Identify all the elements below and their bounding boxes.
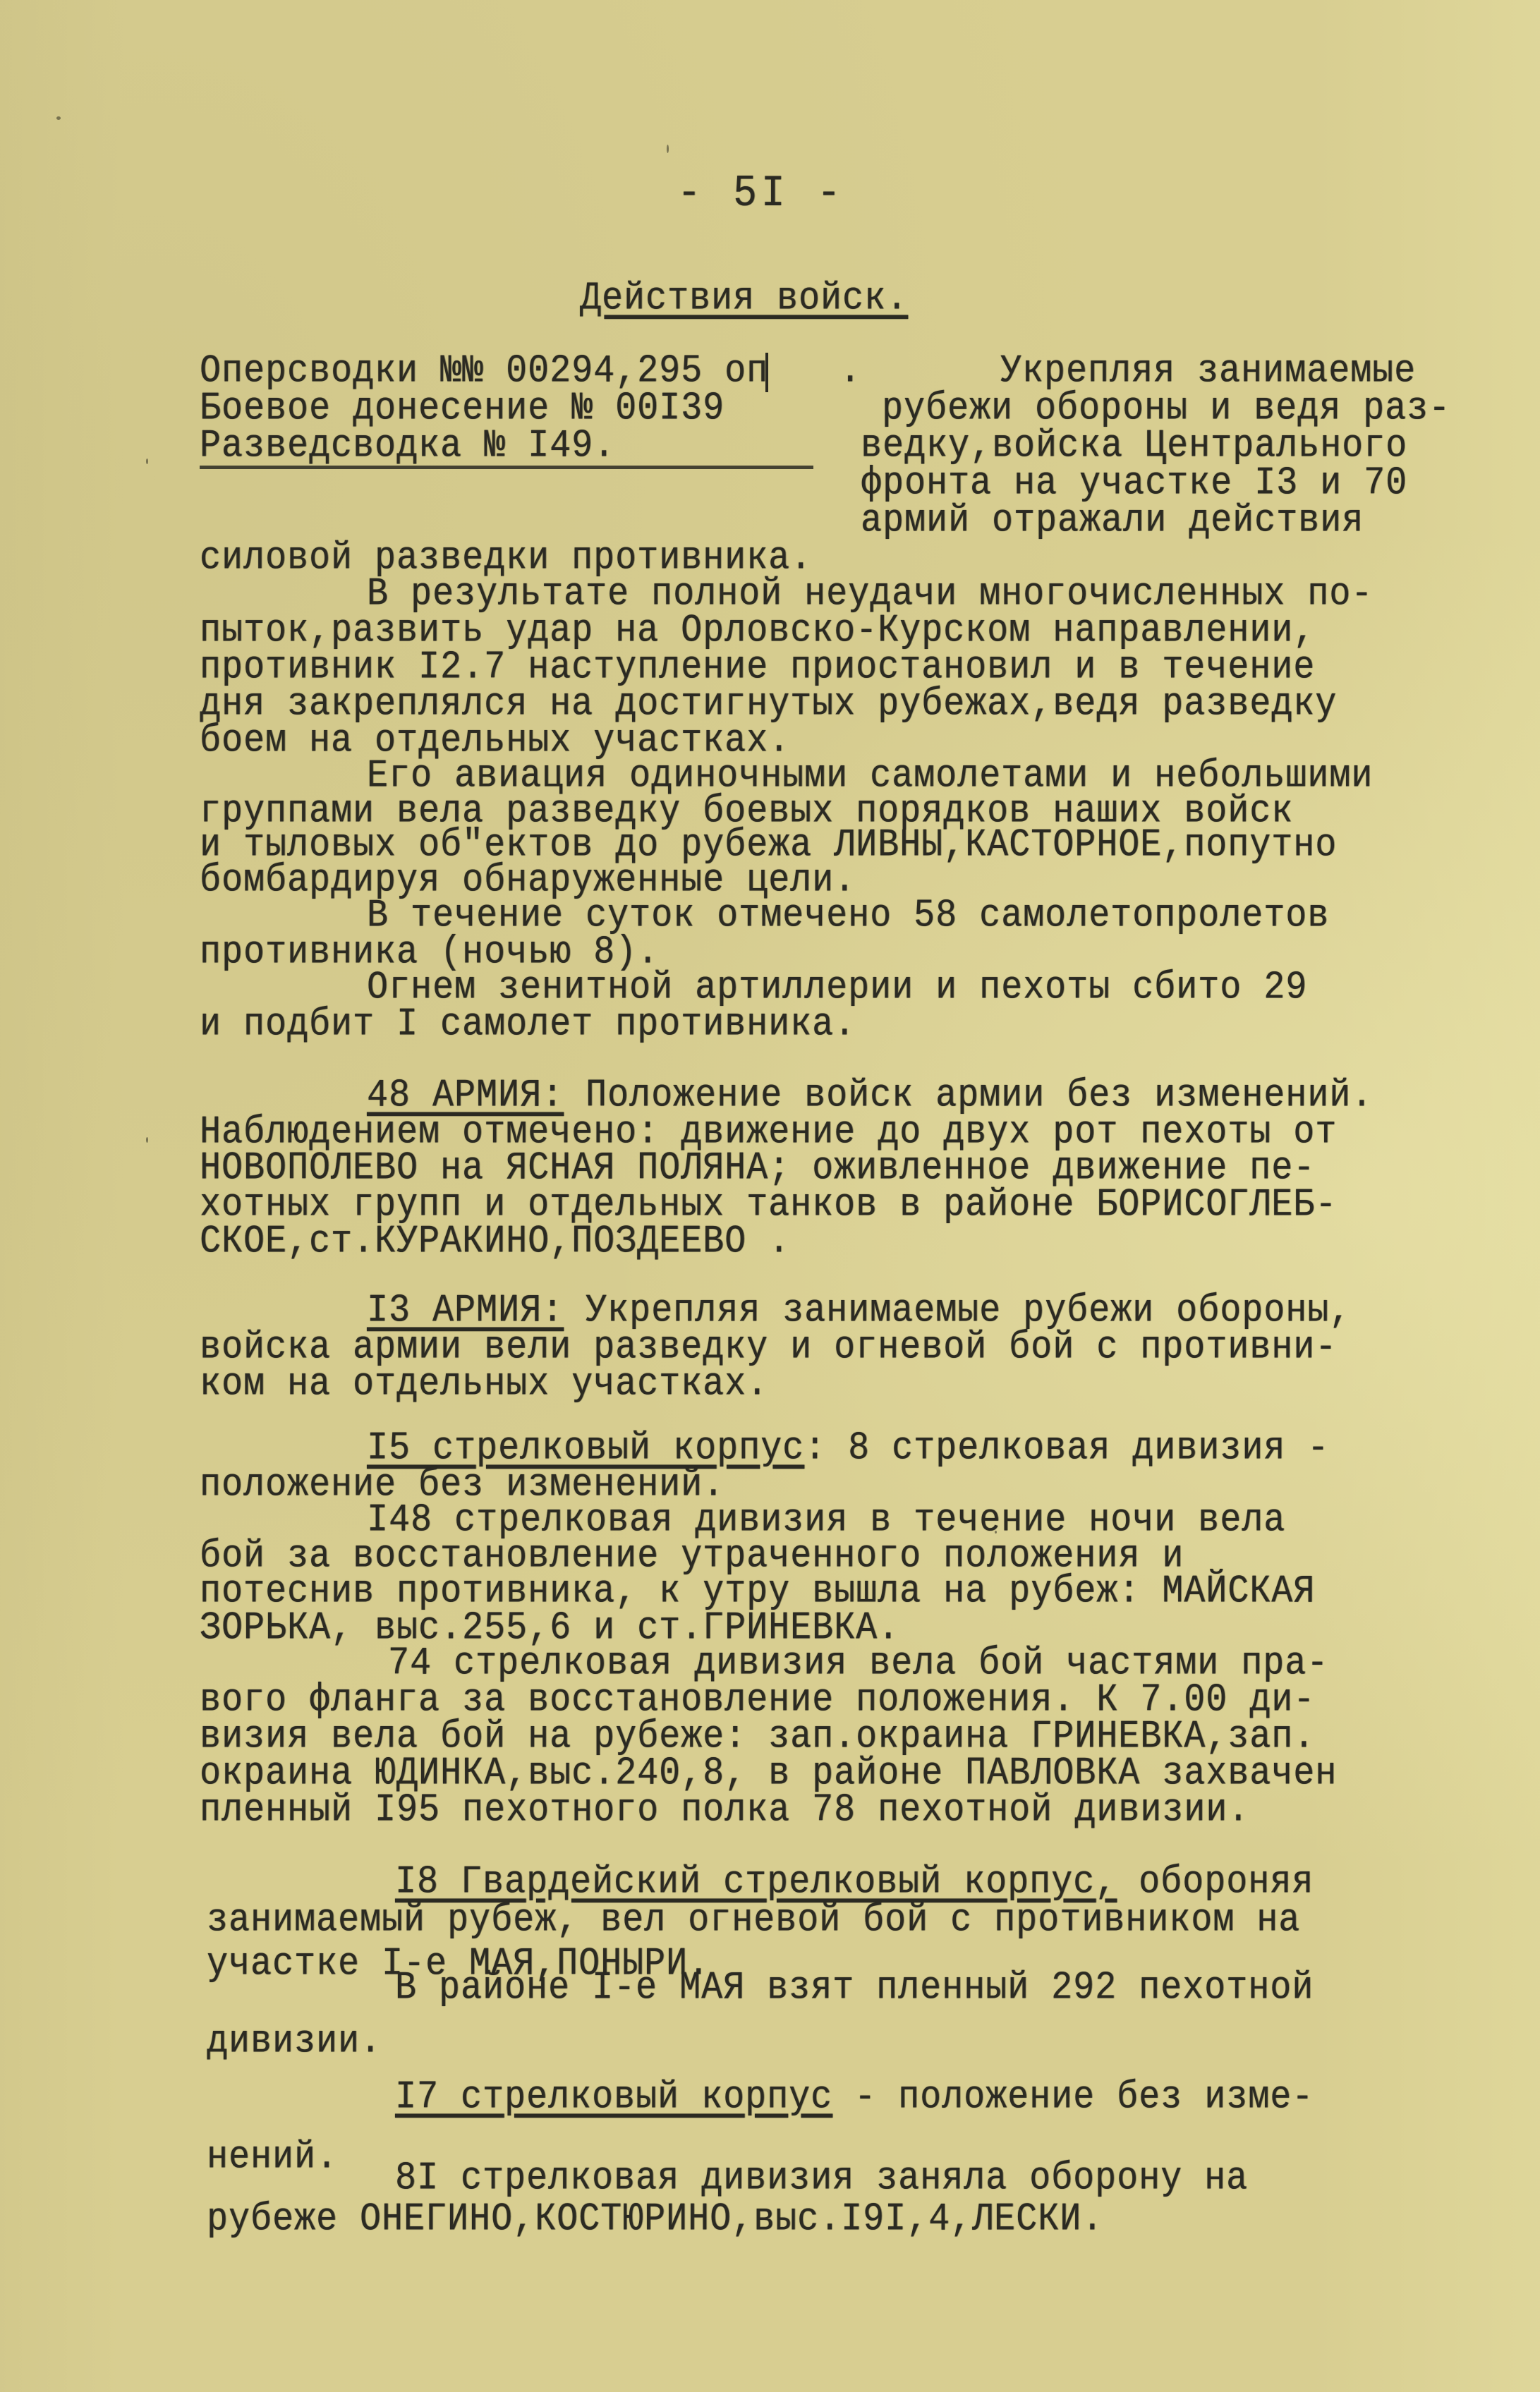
- section-line: В районе I-е МАЯ взят пленный 292 пехотн…: [395, 1968, 1314, 2009]
- section-line: пленный I95 пехотного полка 78 пехотной …: [200, 1790, 1249, 1831]
- section-line: 8I стрелковая дивизия заняла оборону на: [395, 2159, 1248, 2199]
- source-underline: [200, 466, 813, 469]
- paper-speck: [146, 1137, 148, 1143]
- vertical-bar-mark: [765, 353, 768, 392]
- paper-speck: [995, 1531, 997, 1534]
- section-line: I7 стрелковый корпус - положение без изм…: [395, 2077, 1314, 2118]
- section-heading-17-corps: I7 стрелковый корпус: [395, 2075, 832, 2120]
- section-line: I8 Гвардейский стрелковый корпус, оборон…: [395, 1862, 1314, 1903]
- paper-speck: [56, 116, 61, 120]
- section-line: СКОЕ,ст.КУРАКИНО,ПОЗДЕЕВО .: [200, 1222, 790, 1263]
- page-number: - 5I -: [677, 173, 845, 214]
- paper-speck: [146, 459, 148, 464]
- section-line: дивизии.: [207, 2022, 382, 2063]
- intro-dot: .: [839, 351, 861, 392]
- body-line: и подбит I самолет противника.: [200, 1004, 856, 1045]
- section-line: занимаемый рубеж, вел огневой бой с прот…: [207, 1900, 1300, 1941]
- section-line: нений.: [207, 2137, 338, 2178]
- section-title: Действия войск.: [580, 279, 908, 320]
- section-line: ком на отдельных участках.: [200, 1364, 768, 1405]
- archival-document-page: - 5I - Действия войск. Оперсводки №№ 002…: [0, 0, 1540, 2392]
- intro-line: армий отражали действия: [861, 501, 1364, 542]
- section-line: рубеже ОНЕГИНО,КОСТЮРИНО,выс.I9I,4,ЛЕСКИ…: [207, 2199, 1103, 2240]
- source-line-razvedsvodka: Разведсводка № I49.: [200, 426, 615, 467]
- paper-speck: [667, 145, 669, 153]
